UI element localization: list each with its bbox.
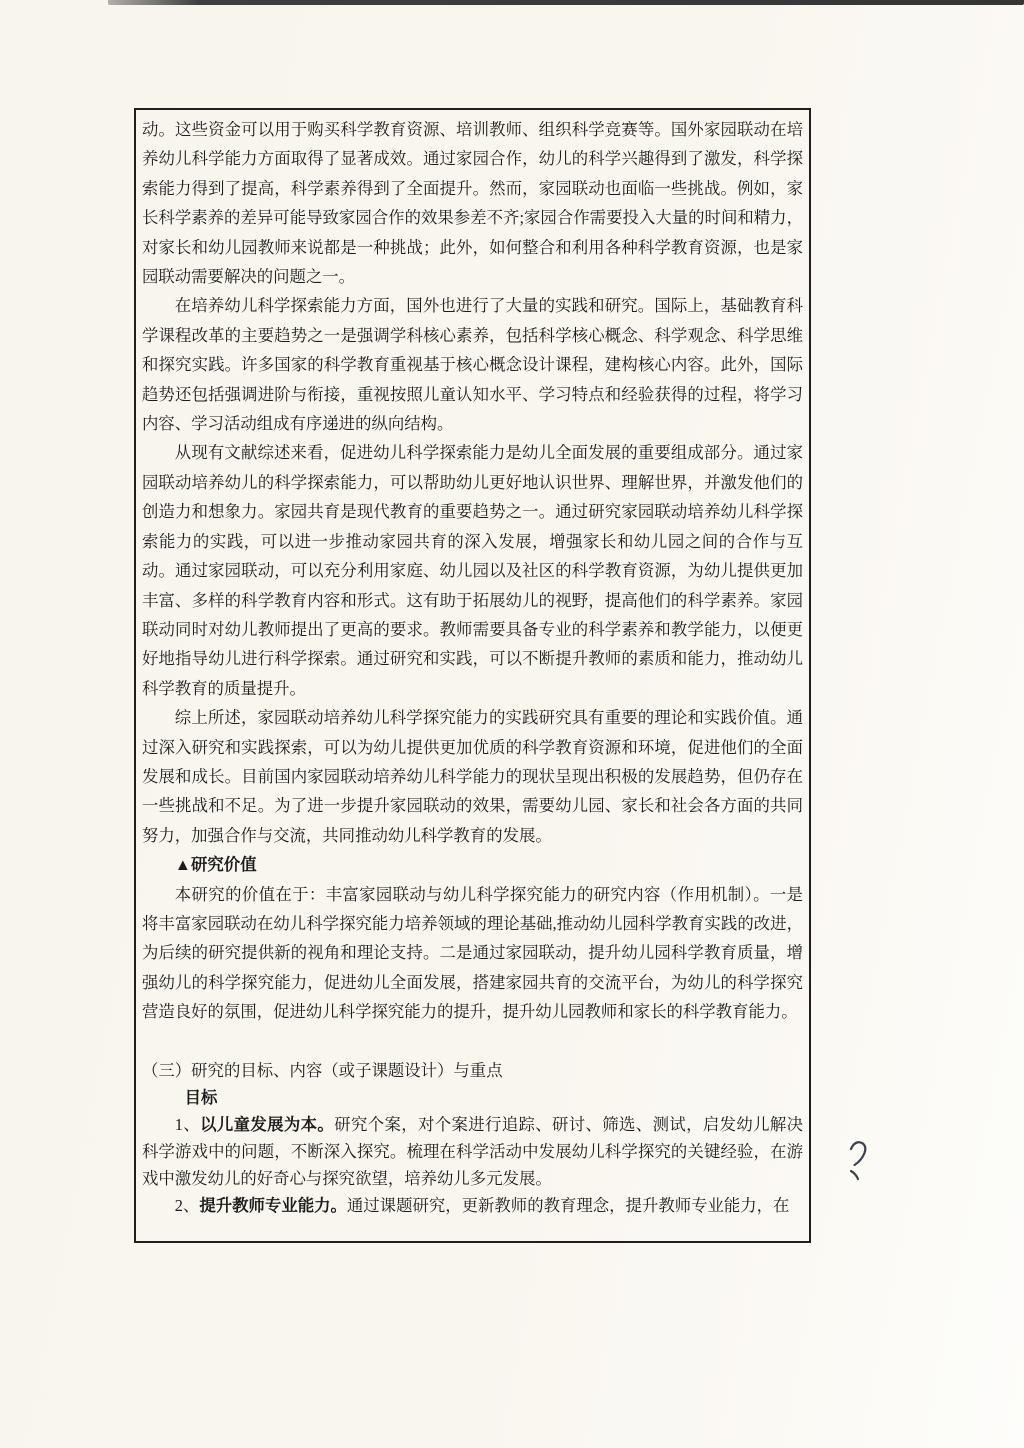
- handwritten-tick-mark: [851, 1171, 858, 1179]
- goal-2-lead: 提升教师专业能力。: [199, 1196, 347, 1215]
- goals-label: 目标: [142, 1084, 803, 1111]
- blank-line: [142, 1027, 803, 1057]
- goal-1-lead: 以儿童发展为本。: [200, 1115, 334, 1134]
- form-table-cell: 动。这些资金可以用于购买科学教育资源、培训教师、组织科学竞赛等。国外家园联动在培…: [134, 108, 811, 1243]
- paragraph-literature-review: 从现有文献综述来看，促进幼儿科学探索能力是幼儿全面发展的重要组成部分。通过家园联…: [142, 438, 803, 703]
- handwritten-hook-mark: [851, 1142, 865, 1165]
- scan-top-edge: [108, 0, 1024, 5]
- paragraph-international-research: 在培养幼儿科学探索能力方面，国外也进行了大量的实践和研究。国际上，基础教育科学课…: [142, 291, 803, 438]
- research-value-paragraph: 本研究的价值在于：丰富家园联动与幼儿科学探究能力的研究内容（作用机制）。一是将丰…: [142, 880, 803, 1027]
- goal-2-number: 2、: [175, 1196, 200, 1215]
- research-value-heading: ▲研究价值: [142, 850, 803, 879]
- goal-1-number: 1、: [175, 1115, 200, 1134]
- goal-item-1: 1、以儿童发展为本。研究个案，对个案进行追踪、研讨、筛选、测试，启发幼儿解决科学…: [142, 1111, 803, 1192]
- section3-heading: （三）研究的目标、内容（或子课题设计）与重点: [142, 1057, 803, 1084]
- paragraph-summary: 综上所述，家园联动培养幼儿科学探究能力的实践研究具有重要的理论和实践价值。通过深…: [142, 703, 803, 850]
- scanned-document-page: 动。这些资金可以用于购买科学教育资源、培训教师、组织科学竞赛等。国外家园联动在培…: [0, 0, 1024, 1448]
- goal-item-2: 2、提升教师专业能力。通过课题研究，更新教师的教育理念，提升教师专业能力，在: [142, 1192, 803, 1219]
- continued-paragraph: 动。这些资金可以用于购买科学教育资源、培训教师、组织科学竞赛等。国外家园联动在培…: [142, 115, 803, 291]
- goal-2-text: 通过课题研究，更新教师的教育理念，提升教师专业能力，在: [347, 1196, 790, 1215]
